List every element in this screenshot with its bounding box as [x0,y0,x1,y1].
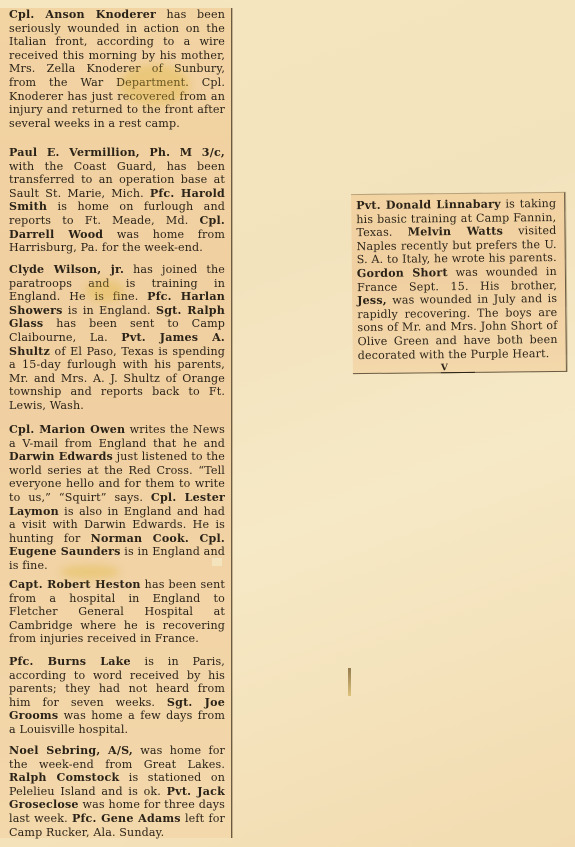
right-clipping: Pvt. Donald Linnabary is taking his basi… [351,192,567,374]
person-name: Melvin Watts [408,225,503,239]
news-item-heston: Capt. Robert Heston has been sent from a… [9,578,225,646]
person-name: Capt. Robert Heston [9,578,141,591]
person-name: Pfc. Gene Adams [72,812,181,825]
news-item-wilson: Clyde Wilson, jr. has joined the paratro… [9,263,225,413]
news-item-knoderer: Cpl. Anson Knoderer has been seriously w… [9,8,225,130]
news-item-linnabary: Pvt. Donald Linnabary is taking his basi… [356,197,558,362]
person-name: Paul E. Vermillion, Ph. M 3/c, [9,146,225,159]
body-text: was wounded in July and is rapidly recov… [357,292,557,361]
end-mark: V [358,361,558,377]
news-item-lake: Pfc. Burns Lake is in Paris, according t… [9,655,225,737]
news-item-vermillion: Paul E. Vermillion, Ph. M 3/c, with the … [9,146,225,255]
person-name: Clyde Wilson, jr. [9,263,124,276]
person-name: Cpl. Marion Owen [9,423,125,436]
person-name: Gordon Short [357,266,448,280]
clipping-notch [212,558,222,566]
person-name: Darwin Edwards [9,450,113,463]
person-name: Ralph Comstock [9,771,119,784]
scrapbook-page: Cpl. Anson Knoderer has been seriously w… [0,0,575,847]
news-item-owen: Cpl. Marion Owen writes the News a V-mai… [9,423,225,573]
person-name: Pvt. Donald Linnabary [356,198,501,213]
person-name: Jess, [357,294,387,307]
body-text: is in England. [63,304,156,317]
person-name: Cpl. Anson Knoderer [9,8,156,21]
paper-mark [348,668,351,696]
person-name: Pfc. Burns Lake [9,655,131,668]
person-name: Noel Sebring, A/S, [9,744,133,757]
body-text: has been seriously wounded in action on … [9,8,225,130]
news-item-sebring: Noel Sebring, A/S, was home for the week… [9,744,225,839]
left-clipping-column: Cpl. Anson Knoderer has been seriously w… [0,8,232,838]
